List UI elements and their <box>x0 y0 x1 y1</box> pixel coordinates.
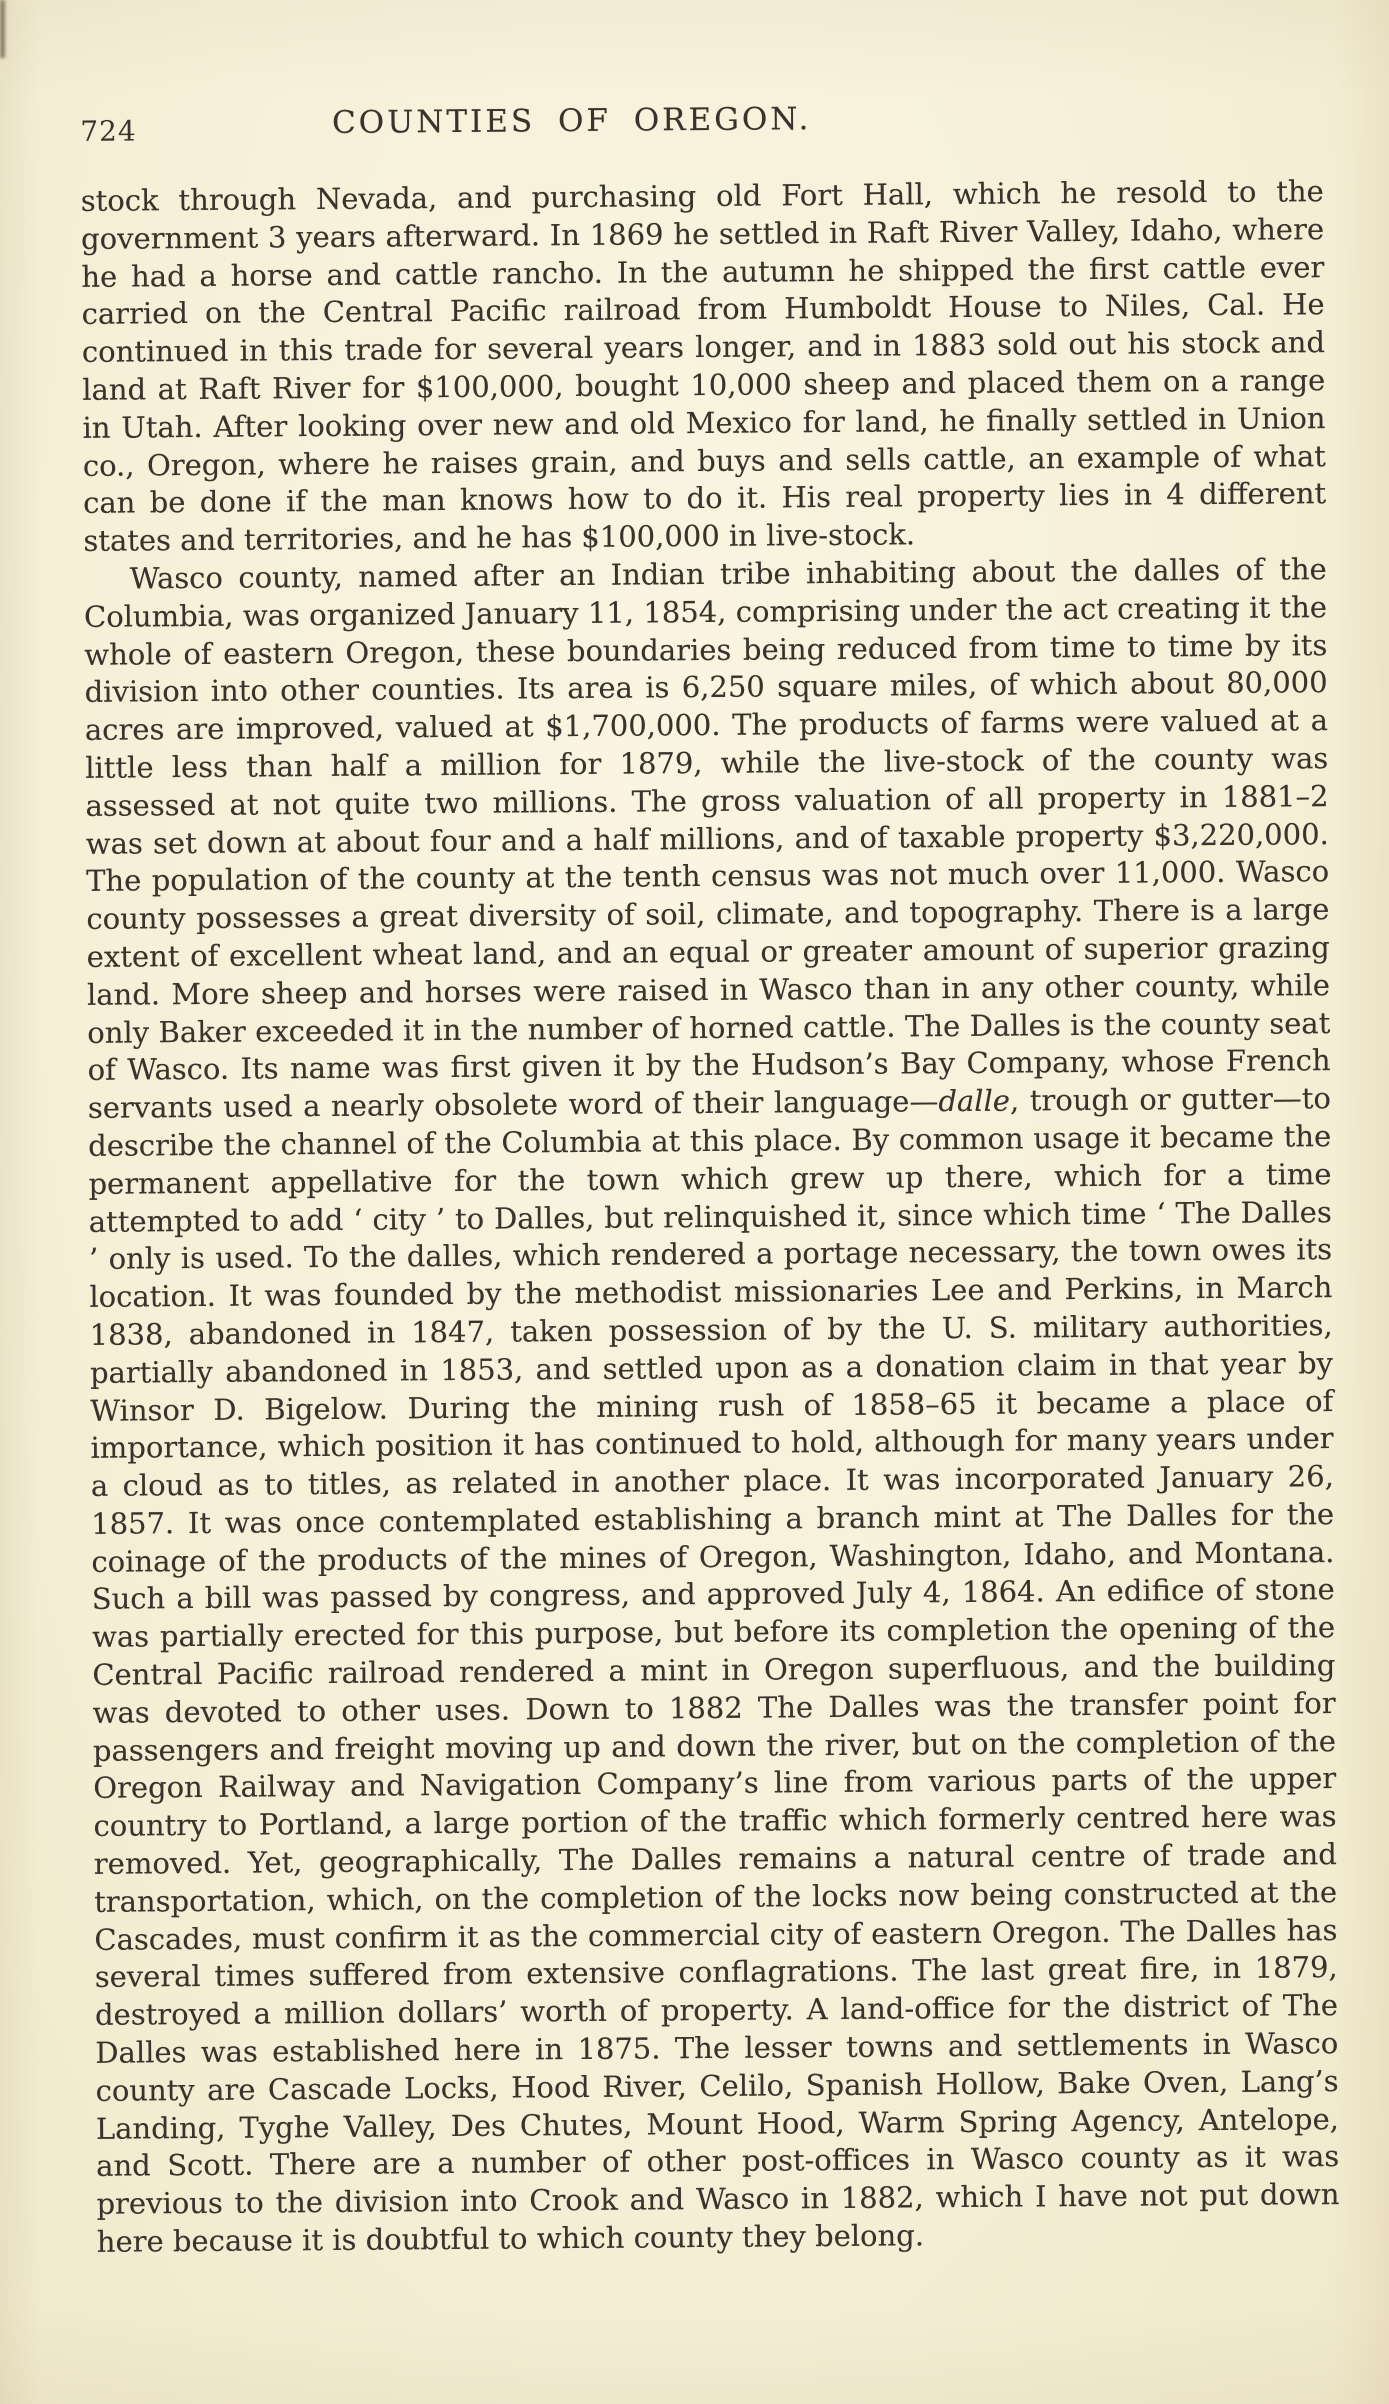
scanned-book-page: 724 COUNTIES OF OREGON. stock through Ne… <box>0 0 1389 2404</box>
scan-gutter-shadow <box>0 0 5 58</box>
page-content: 724 COUNTIES OF OREGON. stock through Ne… <box>80 93 1340 2262</box>
page-body: stock through Nevada, and purchasing old… <box>81 173 1340 2262</box>
italic-term-dalle: dalle <box>938 1084 1010 1119</box>
running-head: 724 COUNTIES OF OREGON. <box>80 93 1323 147</box>
running-title: COUNTIES OF OREGON. <box>0 98 1193 144</box>
paragraph-text: , trough or gutter—to describe the chann… <box>88 1081 1340 2259</box>
paragraph-text: Wasco county, named after an Indian trib… <box>84 552 1331 1125</box>
paragraph-wasco-county: Wasco county, named after an Indian trib… <box>84 551 1340 2262</box>
paragraph-continuation: stock through Nevada, and purchasing old… <box>81 173 1327 561</box>
paragraph-text: stock through Nevada, and purchasing old… <box>81 174 1327 558</box>
